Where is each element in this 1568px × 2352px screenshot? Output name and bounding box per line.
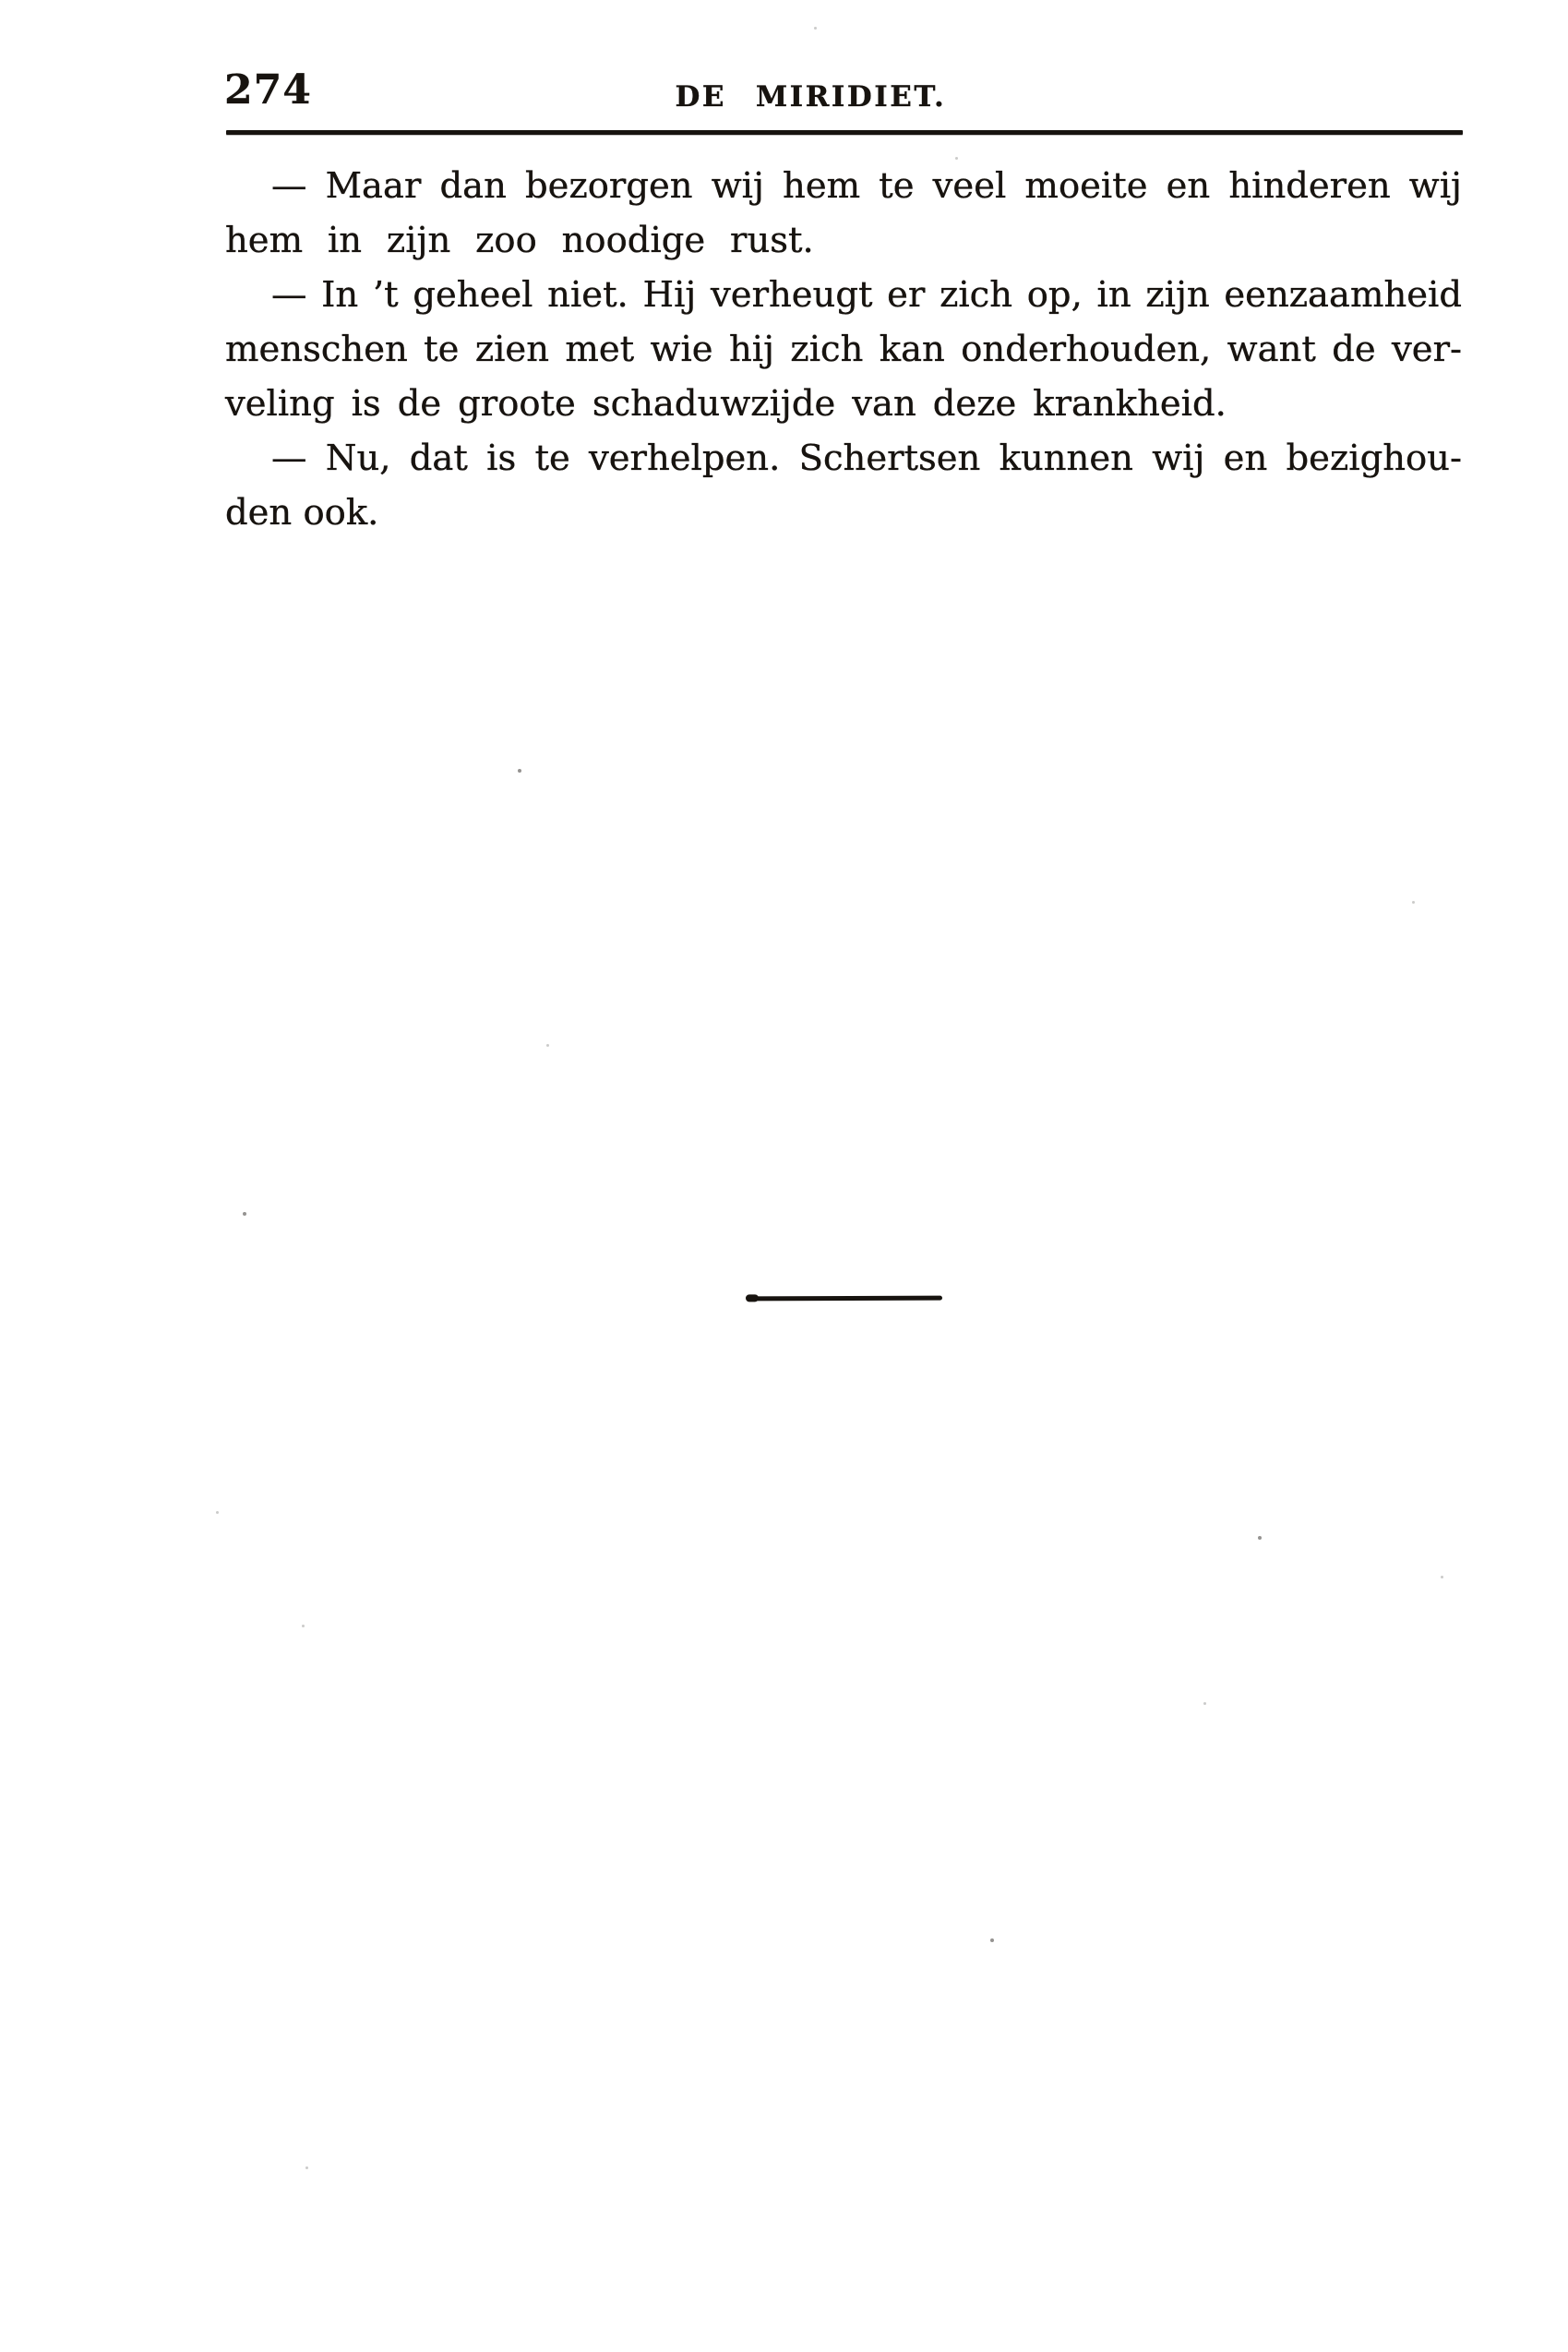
scan-speck (216, 1511, 219, 1514)
paragraph: — In ’t geheel niet. Hij verheugt er zic… (225, 268, 1462, 431)
text-line: — Nu, dat is te verhelpen. Schertsen kun… (225, 431, 1462, 486)
scan-speck (302, 1625, 305, 1627)
scan-speck (243, 1212, 246, 1216)
page-text: — Maar dan bezorgen wij hem te veel moei… (225, 159, 1462, 540)
scan-speck (305, 2166, 308, 2169)
text-line: den ook. (225, 486, 1462, 540)
scan-speck (955, 157, 958, 160)
text-line: — In ’t geheel niet. Hij verheugt er zic… (225, 268, 1462, 322)
page-number: 274 (224, 70, 312, 111)
text-line: menschen te zien met wie hij zich kan on… (225, 322, 1462, 377)
running-title: DE MIRIDIET. (675, 83, 946, 112)
scan-speck (1412, 901, 1415, 904)
text-line: — Maar dan bezorgen wij hem te veel moei… (225, 159, 1462, 213)
paragraph: — Maar dan bezorgen wij hem te veel moei… (225, 159, 1462, 268)
scan-speck (546, 1044, 549, 1047)
scan-speck (990, 1938, 994, 1942)
scan-speck (1203, 1702, 1206, 1705)
book-page: 274 DE MIRIDIET. — Maar dan bezorgen wij… (0, 0, 1568, 2352)
text-line: hem in zijn zoo noodige rust. (225, 213, 1462, 268)
text-line: veling is de groote schaduwzijde van dez… (225, 377, 1462, 431)
scan-speck (1441, 1576, 1443, 1578)
scan-speck (1258, 1536, 1262, 1540)
paragraph: — Nu, dat is te verhelpen. Schertsen kun… (225, 431, 1462, 540)
scan-speck (518, 769, 521, 773)
scan-speck (814, 27, 817, 30)
section-divider-rule (748, 1296, 942, 1302)
header-rule (226, 130, 1463, 135)
